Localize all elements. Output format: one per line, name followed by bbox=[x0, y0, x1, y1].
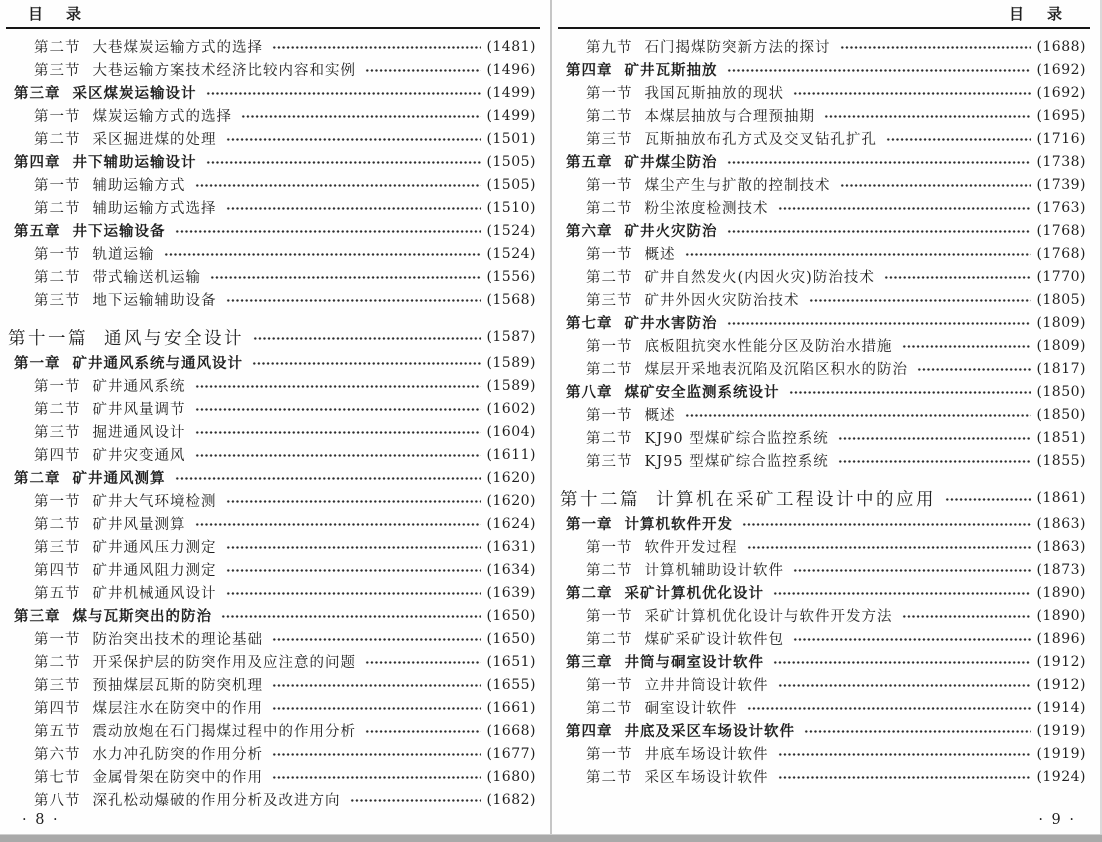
toc-entry: 第四章井底及采区车场设计软件(1919) bbox=[558, 719, 1090, 742]
entry-page-number: (1716) bbox=[1036, 131, 1086, 147]
entry-label: 第三章 bbox=[14, 82, 61, 103]
toc-entry: 第二节煤层开采地表沉陷及沉陷区积水的防治(1817) bbox=[558, 357, 1090, 380]
entry-label: 第二节 bbox=[586, 766, 633, 787]
toc-entry: 第三节瓦斯抽放布孔方式及交叉钻孔扩孔(1716) bbox=[558, 127, 1090, 150]
entry-label: 第七章 bbox=[566, 312, 613, 333]
toc-entry: 第八节深孔松动爆破的作用分析及改进方向(1682) bbox=[6, 788, 540, 811]
toc-entry: 第二章采矿计算机优化设计(1890) bbox=[558, 581, 1090, 604]
toc-entry: 第五章井下运输设备(1524) bbox=[6, 219, 540, 242]
entry-page-number: (1919) bbox=[1036, 723, 1086, 739]
entry-label: 第六章 bbox=[566, 220, 613, 241]
entry-label: 第八节 bbox=[34, 789, 81, 810]
entry-title: 金属骨架在防突中的作用 bbox=[93, 766, 264, 787]
toc-entry: 第一节防治突出技术的理论基础(1650) bbox=[6, 627, 540, 650]
entry-title: 矿井风量调节 bbox=[93, 398, 186, 419]
toc-entry: 第一节矿井大气环境检测(1620) bbox=[6, 489, 540, 512]
entry-page-number: (1817) bbox=[1036, 361, 1086, 377]
toc-entry: 第三章煤与瓦斯突出的防治(1650) bbox=[6, 604, 540, 627]
entry-page-number: (1661) bbox=[486, 700, 536, 716]
entry-page-number: (1692) bbox=[1036, 85, 1086, 101]
entry-title: 辅助运输方式选择 bbox=[93, 197, 217, 218]
entry-label: 第一章 bbox=[566, 513, 613, 534]
entry-title: 本煤层抽放与合理预抽期 bbox=[645, 105, 816, 126]
entry-title: 煤尘产生与扩散的控制技术 bbox=[645, 174, 831, 195]
toc-spread: 目 录 第二节大巷煤炭运输方式的选择(1481)第三节大巷运输方案技术经济比较内… bbox=[0, 0, 1102, 842]
toc-entry: 第三节KJ95 型煤矿综合监控系统(1855) bbox=[558, 449, 1090, 472]
entry-label: 第四节 bbox=[34, 697, 81, 718]
entry-page-number: (1604) bbox=[486, 424, 536, 440]
toc-entry: 第一节我国瓦斯抽放的现状(1692) bbox=[558, 81, 1090, 104]
entry-label: 第一节 bbox=[34, 490, 81, 511]
entry-page-number: (1589) bbox=[486, 378, 536, 394]
entry-page-number: (1501) bbox=[486, 131, 536, 147]
entry-label: 第二节 bbox=[586, 105, 633, 126]
entry-label: 第三节 bbox=[34, 536, 81, 557]
entry-title: 轨道运输 bbox=[93, 243, 155, 264]
entry-page-number: (1850) bbox=[1036, 407, 1086, 423]
toc-entry: 第七章矿井水害防治(1809) bbox=[558, 311, 1090, 334]
entry-title: 防治突出技术的理论基础 bbox=[93, 628, 264, 649]
entry-page-number: (1505) bbox=[486, 177, 536, 193]
entry-label: 第四节 bbox=[34, 559, 81, 580]
entry-label: 第一节 bbox=[34, 628, 81, 649]
entry-page-number: (1890) bbox=[1036, 608, 1086, 624]
page-gutter-divider bbox=[550, 0, 552, 834]
entry-title: 水力冲孔防突的作用分析 bbox=[93, 743, 264, 764]
entry-title: 矿井通风测算 bbox=[73, 467, 166, 488]
entry-title: 大巷煤炭运输方式的选择 bbox=[93, 36, 264, 57]
entry-label: 第十一篇 bbox=[8, 325, 88, 350]
entry-page-number: (1770) bbox=[1036, 269, 1086, 285]
dot-leader bbox=[206, 160, 482, 165]
entry-title: 深孔松动爆破的作用分析及改进方向 bbox=[93, 789, 341, 810]
entry-title: 石门揭煤防突新方法的探讨 bbox=[645, 36, 831, 57]
entry-title: 煤层注水在防突中的作用 bbox=[93, 697, 264, 718]
entry-label: 第一节 bbox=[586, 674, 633, 695]
dot-leader bbox=[727, 68, 1032, 73]
entry-title: 矿井风量测算 bbox=[93, 513, 186, 534]
entry-title: 采矿计算机优化设计 bbox=[625, 582, 765, 603]
dot-leader bbox=[840, 45, 1032, 50]
toc-entry: 第六章矿井火灾防治(1768) bbox=[558, 219, 1090, 242]
entry-label: 第二章 bbox=[14, 467, 61, 488]
dot-leader bbox=[886, 137, 1031, 142]
dot-leader bbox=[226, 545, 482, 550]
entry-label: 第四节 bbox=[34, 444, 81, 465]
toc-entry: 第四章井下辅助运输设计(1505) bbox=[6, 150, 540, 173]
dot-leader bbox=[793, 568, 1031, 573]
dot-leader bbox=[272, 45, 481, 50]
entry-page-number: (1499) bbox=[486, 85, 536, 101]
entry-page-number: (1499) bbox=[486, 108, 536, 124]
dot-leader bbox=[365, 660, 481, 665]
entry-page-number: (1620) bbox=[486, 493, 536, 509]
entry-label: 第二节 bbox=[586, 197, 633, 218]
entry-page-number: (1510) bbox=[486, 200, 536, 216]
toc-entry: 第二节粉尘浓度检测技术(1763) bbox=[558, 196, 1090, 219]
dot-leader bbox=[365, 729, 481, 734]
entry-title: KJ95 型煤矿综合监控系统 bbox=[645, 450, 829, 471]
entry-page-number: (1919) bbox=[1036, 746, 1086, 762]
page-number-footer: · 9 · bbox=[1038, 812, 1076, 828]
dot-leader bbox=[727, 321, 1032, 326]
toc-entry: 第二节大巷煤炭运输方式的选择(1481) bbox=[6, 35, 540, 58]
toc-entry: 第二节采区车场设计软件(1924) bbox=[558, 765, 1090, 788]
entry-label: 第一节 bbox=[34, 243, 81, 264]
dot-leader bbox=[773, 660, 1031, 665]
dot-leader bbox=[742, 522, 1031, 527]
entry-title: 瓦斯抽放布孔方式及交叉钻孔扩孔 bbox=[645, 128, 878, 149]
scan-bottom-edge bbox=[0, 834, 1102, 842]
toc-entry: 第八章煤矿安全监测系统设计(1850) bbox=[558, 380, 1090, 403]
toc-entry: 第二节带式输送机运输(1556) bbox=[6, 265, 540, 288]
entry-title: 计算机软件开发 bbox=[625, 513, 734, 534]
entry-page-number: (1805) bbox=[1036, 292, 1086, 308]
entry-title: 计算机辅助设计软件 bbox=[645, 559, 785, 580]
dot-leader bbox=[272, 752, 481, 757]
toc-entry: 第四节煤层注水在防突中的作用(1661) bbox=[6, 696, 540, 719]
toc-entry: 第三节掘进通风设计(1604) bbox=[6, 420, 540, 443]
toc-entry: 第五章矿井煤尘防治(1738) bbox=[558, 150, 1090, 173]
entry-label: 第二节 bbox=[34, 651, 81, 672]
entry-label: 第二节 bbox=[34, 266, 81, 287]
dot-leader bbox=[778, 752, 1032, 757]
dot-leader bbox=[365, 68, 481, 73]
entry-title: 矿井火灾防治 bbox=[625, 220, 718, 241]
dot-leader bbox=[226, 499, 482, 504]
entry-label: 第四章 bbox=[14, 151, 61, 172]
entry-page-number: (1589) bbox=[486, 355, 536, 371]
entry-title: 大巷运输方案技术经济比较内容和实例 bbox=[93, 59, 357, 80]
dot-leader bbox=[195, 407, 482, 412]
entry-title: 矿井自然发火(内因火灾)防治技术 bbox=[645, 266, 875, 287]
entry-title: 矿井通风阻力测定 bbox=[93, 559, 217, 580]
toc-entry: 第三节预抽煤层瓦斯的防突机理(1655) bbox=[6, 673, 540, 696]
toc-gap bbox=[558, 472, 1090, 484]
entry-page-number: (1650) bbox=[486, 608, 536, 624]
entry-title: 底板阻抗突水性能分区及防治水措施 bbox=[645, 335, 893, 356]
entry-label: 第二节 bbox=[586, 427, 633, 448]
toc-entry: 第一章计算机软件开发(1863) bbox=[558, 512, 1090, 535]
toc-entry: 第一节矿井通风系统(1589) bbox=[6, 374, 540, 397]
entry-page-number: (1809) bbox=[1036, 315, 1086, 331]
dot-leader bbox=[793, 91, 1031, 96]
entry-title: 采区车场设计软件 bbox=[645, 766, 769, 787]
toc-entry: 第三章采区煤炭运输设计(1499) bbox=[6, 81, 540, 104]
dot-leader bbox=[945, 497, 1031, 502]
dot-leader bbox=[226, 568, 482, 573]
entry-title: 煤矿采矿设计软件包 bbox=[645, 628, 785, 649]
header-rule bbox=[558, 27, 1090, 29]
dot-leader bbox=[206, 91, 482, 96]
entry-title: 煤炭运输方式的选择 bbox=[93, 105, 233, 126]
page-right: 目 录 第九节石门揭煤防突新方法的探讨(1688)第四章矿井瓦斯抽放(1692)… bbox=[552, 0, 1102, 834]
toc-entry: 第二节计算机辅助设计软件(1873) bbox=[558, 558, 1090, 581]
dot-leader bbox=[226, 206, 482, 211]
entry-label: 第一节 bbox=[586, 605, 633, 626]
entry-label: 第二节 bbox=[34, 398, 81, 419]
toc-entry: 第二节矿井风量测算(1624) bbox=[6, 512, 540, 535]
page-left: 目 录 第二节大巷煤炭运输方式的选择(1481)第三节大巷运输方案技术经济比较内… bbox=[0, 0, 550, 834]
toc-entry: 第七节金属骨架在防突中的作用(1680) bbox=[6, 765, 540, 788]
toc-entry: 第二节矿井风量调节(1602) bbox=[6, 397, 540, 420]
dot-leader bbox=[221, 614, 481, 619]
page-header: 目 录 bbox=[6, 4, 540, 25]
toc-entry: 第二节采区掘进煤的处理(1501) bbox=[6, 127, 540, 150]
entry-label: 第二节 bbox=[34, 197, 81, 218]
entry-page-number: (1861) bbox=[1036, 490, 1086, 506]
toc-entry: 第三节大巷运输方案技术经济比较内容和实例(1496) bbox=[6, 58, 540, 81]
dot-leader bbox=[195, 522, 482, 527]
toc-entry: 第二节硐室设计软件(1914) bbox=[558, 696, 1090, 719]
entry-title: 预抽煤层瓦斯的防突机理 bbox=[93, 674, 264, 695]
dot-leader bbox=[824, 114, 1031, 119]
entry-label: 第三节 bbox=[34, 674, 81, 695]
entry-title: 井筒与硐室设计软件 bbox=[625, 651, 765, 672]
entry-label: 第三节 bbox=[34, 59, 81, 80]
entry-page-number: (1763) bbox=[1036, 200, 1086, 216]
entry-page-number: (1634) bbox=[486, 562, 536, 578]
toc-header-title: 目 录 bbox=[28, 4, 85, 24]
entry-page-number: (1481) bbox=[486, 39, 536, 55]
entry-title: 矿井大气环境检测 bbox=[93, 490, 217, 511]
toc-entry: 第一节辅助运输方式(1505) bbox=[6, 173, 540, 196]
entry-page-number: (1611) bbox=[486, 447, 536, 463]
entry-label: 第一节 bbox=[586, 536, 633, 557]
entry-page-number: (1890) bbox=[1036, 585, 1086, 601]
dot-leader bbox=[685, 413, 1032, 418]
toc-entry: 第四章矿井瓦斯抽放(1692) bbox=[558, 58, 1090, 81]
entry-label: 第三节 bbox=[34, 421, 81, 442]
dot-leader bbox=[747, 545, 1032, 550]
entry-title: 矿井通风压力测定 bbox=[93, 536, 217, 557]
dot-leader bbox=[917, 367, 1031, 372]
entry-label: 第二节 bbox=[586, 559, 633, 580]
entry-page-number: (1695) bbox=[1036, 108, 1086, 124]
entry-title: 矿井瓦斯抽放 bbox=[625, 59, 718, 80]
entry-label: 第一节 bbox=[586, 174, 633, 195]
entry-page-number: (1651) bbox=[486, 654, 536, 670]
dot-leader bbox=[778, 775, 1032, 780]
toc-entry: 第六节水力冲孔防突的作用分析(1677) bbox=[6, 742, 540, 765]
toc-entry: 第三节矿井外因火灾防治技术(1805) bbox=[558, 288, 1090, 311]
entry-title: 煤矿安全监测系统设计 bbox=[625, 381, 780, 402]
entry-label: 第一节 bbox=[586, 404, 633, 425]
toc-entry: 第三章井筒与硐室设计软件(1912) bbox=[558, 650, 1090, 673]
toc-entry: 第九节石门揭煤防突新方法的探讨(1688) bbox=[558, 35, 1090, 58]
entry-title: 采矿计算机优化设计与软件开发方法 bbox=[645, 605, 893, 626]
toc-header-title: 目 录 bbox=[1009, 4, 1066, 24]
dot-leader bbox=[350, 798, 482, 803]
entry-label: 第五节 bbox=[34, 582, 81, 603]
entry-title: 矿井灾变通风 bbox=[93, 444, 186, 465]
entry-page-number: (1873) bbox=[1036, 562, 1086, 578]
entry-label: 第二节 bbox=[586, 628, 633, 649]
entry-title: 矿井水害防治 bbox=[625, 312, 718, 333]
toc-entry: 第二节开采保护层的防突作用及应注意的问题(1651) bbox=[6, 650, 540, 673]
entry-label: 第一节 bbox=[34, 375, 81, 396]
entry-page-number: (1524) bbox=[486, 223, 536, 239]
entry-page-number: (1639) bbox=[486, 585, 536, 601]
entry-page-number: (1677) bbox=[486, 746, 536, 762]
dot-leader bbox=[195, 384, 482, 389]
entry-page-number: (1680) bbox=[486, 769, 536, 785]
entry-title: 软件开发过程 bbox=[645, 536, 738, 557]
page-header: 目 录 bbox=[558, 4, 1090, 25]
entry-label: 第五章 bbox=[14, 220, 61, 241]
entry-page-number: (1768) bbox=[1036, 246, 1086, 262]
entry-page-number: (1768) bbox=[1036, 223, 1086, 239]
entry-title: 带式输送机运输 bbox=[93, 266, 202, 287]
entry-page-number: (1631) bbox=[486, 539, 536, 555]
entry-label: 第一节 bbox=[586, 743, 633, 764]
entry-page-number: (1650) bbox=[486, 631, 536, 647]
entry-title: 煤层开采地表沉陷及沉陷区积水的防治 bbox=[645, 358, 909, 379]
toc-entry: 第十一篇通风与安全设计(1587) bbox=[6, 323, 540, 351]
toc-entry: 第十二篇计算机在采矿工程设计中的应用(1861) bbox=[558, 484, 1090, 512]
entry-page-number: (1851) bbox=[1036, 430, 1086, 446]
dot-leader bbox=[773, 591, 1031, 596]
dot-leader bbox=[902, 614, 1032, 619]
dot-leader bbox=[195, 453, 482, 458]
entry-title: 掘进通风设计 bbox=[93, 421, 186, 442]
entry-title: 井底车场设计软件 bbox=[645, 743, 769, 764]
toc-entry: 第五节矿井机械通风设计(1639) bbox=[6, 581, 540, 604]
entry-label: 第八章 bbox=[566, 381, 613, 402]
entry-page-number: (1496) bbox=[486, 62, 536, 78]
dot-leader bbox=[747, 706, 1032, 711]
entry-title: 我国瓦斯抽放的现状 bbox=[645, 82, 785, 103]
entry-page-number: (1912) bbox=[1036, 677, 1086, 693]
entry-title: 通风与安全设计 bbox=[104, 325, 244, 350]
entry-page-number: (1602) bbox=[486, 401, 536, 417]
dot-leader bbox=[884, 275, 1032, 280]
toc-entry: 第一章矿井通风系统与通风设计(1589) bbox=[6, 351, 540, 374]
dot-leader bbox=[226, 591, 482, 596]
entry-title: 井下运输设备 bbox=[73, 220, 166, 241]
toc-entry: 第四节矿井通风阻力测定(1634) bbox=[6, 558, 540, 581]
toc-entry: 第二章矿井通风测算(1620) bbox=[6, 466, 540, 489]
toc-entry: 第一节概述(1850) bbox=[558, 403, 1090, 426]
dot-leader bbox=[902, 344, 1032, 349]
toc-entry: 第三节矿井通风压力测定(1631) bbox=[6, 535, 540, 558]
toc-entry-list: 第二节大巷煤炭运输方式的选择(1481)第三节大巷运输方案技术经济比较内容和实例… bbox=[6, 35, 540, 811]
entry-title: 概述 bbox=[645, 243, 676, 264]
dot-leader bbox=[226, 137, 482, 142]
entry-page-number: (1739) bbox=[1036, 177, 1086, 193]
entry-label: 第五章 bbox=[566, 151, 613, 172]
entry-title: 立井井筒设计软件 bbox=[645, 674, 769, 695]
dot-leader bbox=[272, 683, 481, 688]
entry-page-number: (1587) bbox=[486, 329, 536, 345]
toc-entry: 第一节底板阻抗突水性能分区及防治水措施(1809) bbox=[558, 334, 1090, 357]
toc-entry: 第五节震动放炮在石门揭煤过程中的作用分析(1668) bbox=[6, 719, 540, 742]
entry-label: 第五节 bbox=[34, 720, 81, 741]
dot-leader bbox=[838, 436, 1032, 441]
entry-page-number: (1912) bbox=[1036, 654, 1086, 670]
entry-title: 开采保护层的防突作用及应注意的问题 bbox=[93, 651, 357, 672]
entry-label: 第六节 bbox=[34, 743, 81, 764]
entry-page-number: (1624) bbox=[486, 516, 536, 532]
dot-leader bbox=[809, 298, 1032, 303]
dot-leader bbox=[840, 183, 1032, 188]
entry-page-number: (1682) bbox=[486, 792, 536, 808]
dot-leader bbox=[804, 729, 1031, 734]
entry-page-number: (1863) bbox=[1036, 539, 1086, 555]
entry-title: 计算机在采矿工程设计中的应用 bbox=[656, 486, 936, 511]
entry-page-number: (1568) bbox=[486, 292, 536, 308]
entry-page-number: (1855) bbox=[1036, 453, 1086, 469]
dot-leader bbox=[272, 775, 481, 780]
entry-page-number: (1896) bbox=[1036, 631, 1086, 647]
toc-entry: 第四节矿井灾变通风(1611) bbox=[6, 443, 540, 466]
entry-title: KJ90 型煤矿综合监控系统 bbox=[645, 427, 829, 448]
dot-leader bbox=[175, 229, 482, 234]
toc-entry: 第一节井底车场设计软件(1919) bbox=[558, 742, 1090, 765]
toc-entry: 第一节概述(1768) bbox=[558, 242, 1090, 265]
dot-leader bbox=[164, 252, 482, 257]
entry-label: 第一节 bbox=[34, 105, 81, 126]
entry-title: 矿井通风系统与通风设计 bbox=[73, 352, 244, 373]
entry-label: 第三节 bbox=[34, 289, 81, 310]
entry-title: 矿井外因火灾防治技术 bbox=[645, 289, 800, 310]
entry-label: 第三章 bbox=[566, 651, 613, 672]
entry-page-number: (1738) bbox=[1036, 154, 1086, 170]
dot-leader bbox=[252, 361, 481, 366]
entry-label: 第一节 bbox=[586, 243, 633, 264]
entry-page-number: (1809) bbox=[1036, 338, 1086, 354]
entry-label: 第二节 bbox=[586, 358, 633, 379]
dot-leader bbox=[253, 336, 481, 341]
toc-entry: 第一节煤尘产生与扩散的控制技术(1739) bbox=[558, 173, 1090, 196]
entry-label: 第七节 bbox=[34, 766, 81, 787]
entry-label: 第二节 bbox=[586, 266, 633, 287]
toc-entry: 第三节地下运输辅助设备(1568) bbox=[6, 288, 540, 311]
entry-label: 第一节 bbox=[34, 174, 81, 195]
entry-title: 辅助运输方式 bbox=[93, 174, 186, 195]
entry-title: 井底及采区车场设计软件 bbox=[625, 720, 796, 741]
entry-page-number: (1505) bbox=[486, 154, 536, 170]
entry-title: 矿井煤尘防治 bbox=[625, 151, 718, 172]
entry-title: 采区煤炭运输设计 bbox=[73, 82, 197, 103]
toc-entry: 第一节软件开发过程(1863) bbox=[558, 535, 1090, 558]
entry-label: 第二节 bbox=[34, 36, 81, 57]
entry-title: 粉尘浓度检测技术 bbox=[645, 197, 769, 218]
dot-leader bbox=[272, 637, 481, 642]
toc-entry: 第一节采矿计算机优化设计与软件开发方法(1890) bbox=[558, 604, 1090, 627]
entry-page-number: (1524) bbox=[486, 246, 536, 262]
dot-leader bbox=[210, 275, 481, 280]
entry-label: 第二节 bbox=[34, 128, 81, 149]
toc-entry: 第一节煤炭运输方式的选择(1499) bbox=[6, 104, 540, 127]
toc-entry: 第一节立井井筒设计软件(1912) bbox=[558, 673, 1090, 696]
dot-leader bbox=[272, 706, 481, 711]
entry-label: 第一节 bbox=[586, 82, 633, 103]
entry-title: 煤与瓦斯突出的防治 bbox=[73, 605, 213, 626]
entry-title: 矿井机械通风设计 bbox=[93, 582, 217, 603]
entry-page-number: (1850) bbox=[1036, 384, 1086, 400]
entry-label: 第三章 bbox=[14, 605, 61, 626]
dot-leader bbox=[727, 229, 1032, 234]
dot-leader bbox=[789, 390, 1032, 395]
dot-leader bbox=[195, 430, 482, 435]
entry-page-number: (1556) bbox=[486, 269, 536, 285]
entry-label: 第九节 bbox=[586, 36, 633, 57]
entry-page-number: (1914) bbox=[1036, 700, 1086, 716]
entry-label: 第一章 bbox=[14, 352, 61, 373]
entry-title: 震动放炮在石门揭煤过程中的作用分析 bbox=[93, 720, 357, 741]
entry-label: 第三节 bbox=[586, 289, 633, 310]
